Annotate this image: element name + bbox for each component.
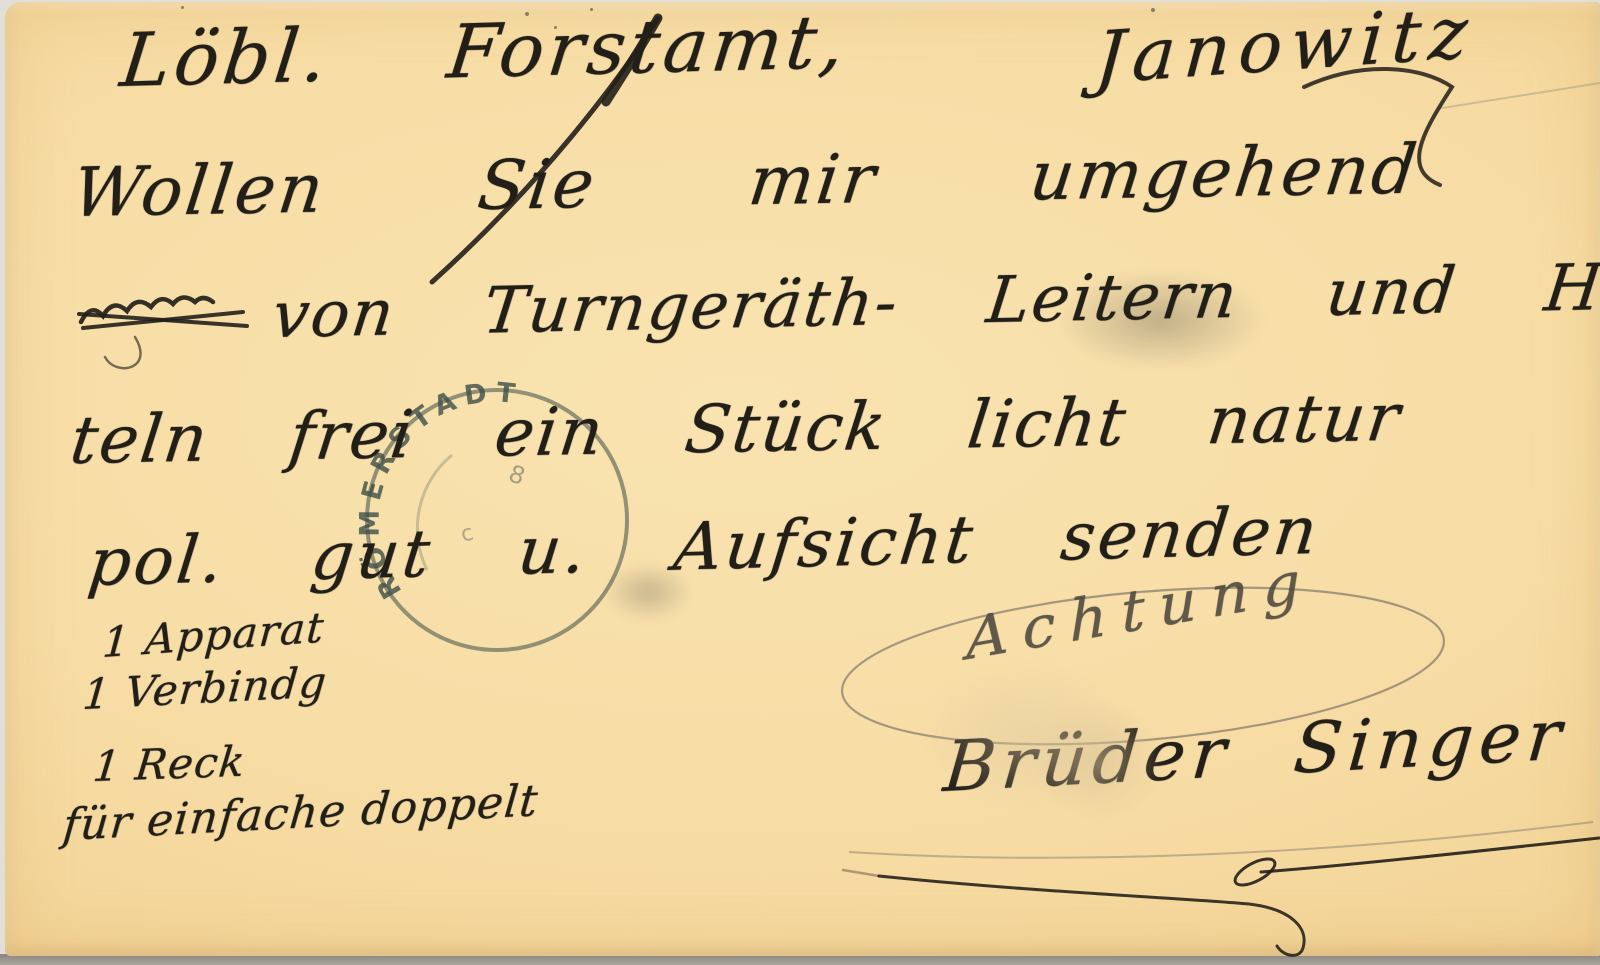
list-item: für einfache doppelt — [61, 779, 540, 848]
addressee-line: Löbl. Forstamt, — [117, 5, 852, 98]
list-item: 1 Verbindg — [81, 661, 329, 716]
list-item: 1 Reck — [91, 741, 248, 788]
dust-speck — [181, 6, 184, 9]
scanner-background: Löbl. Forstamt, Janowitz Wollen Sie mir … — [0, 0, 1600, 965]
message-line-3: teln frei ein Stück licht natur — [67, 385, 1405, 474]
list-item: 1 Apparat — [101, 607, 326, 664]
message-line-1: Wollen Sie mir umgehend — [69, 137, 1423, 228]
scribbled-out-word — [75, 282, 260, 377]
postcard-paper: Löbl. Forstamt, Janowitz Wollen Sie mir … — [5, 2, 1600, 956]
water-stain-small — [1035, 702, 1165, 822]
